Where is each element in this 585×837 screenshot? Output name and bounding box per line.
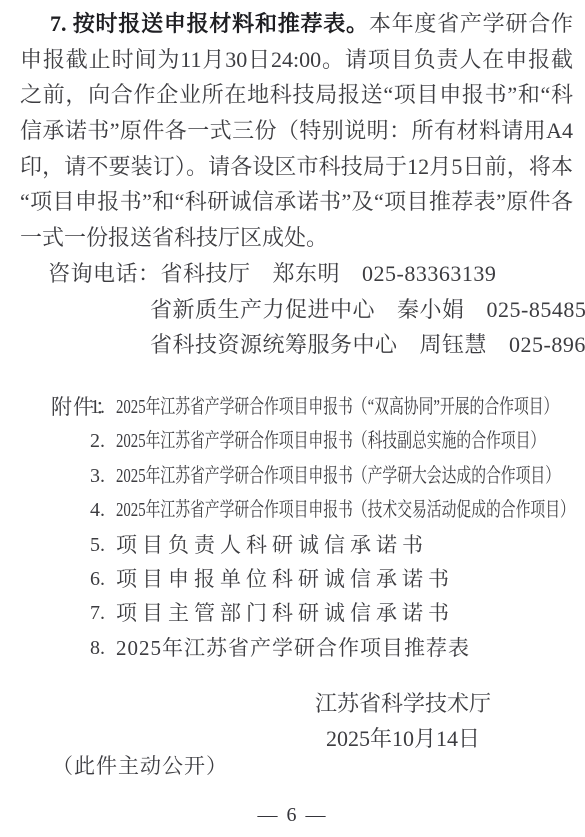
attachment-list: 附件： 1.2025年江苏省产学研合作项目申报书（“双高协同”开展的合作项目） … — [20, 390, 573, 665]
document-page: 7. 按时报送申报材料和推荐表。本年度省产学研合作项目 申报截止时间为11月30… — [0, 0, 585, 837]
attachment-number: 3. — [90, 459, 116, 493]
attachment-item: 5.项目负责人科研诚信承诺书 — [20, 528, 573, 562]
attachment-number: 7. — [90, 596, 116, 630]
attachment-item: 8.2025年江苏省产学研合作项目推荐表 — [20, 631, 573, 665]
attachment-label: 附件： — [51, 390, 117, 424]
contact-phone: 025-89665881 — [509, 332, 585, 357]
page-number: — 6 — — [0, 804, 585, 827]
paragraph-lead-bold: 7. 按时报送申报材料和推荐表。 — [50, 11, 369, 36]
contact-phone: 025-83363139 — [362, 261, 496, 286]
attachment-item: 7.项目主管部门科研诚信承诺书 — [20, 596, 573, 630]
attachment-number: 5. — [90, 528, 116, 562]
attachment-text: 项目负责人科研诚信承诺书 — [116, 528, 428, 562]
contact-name: 周钰慧 — [420, 332, 488, 357]
signature-block: 江苏省科学技术厅 2025年10月14日 — [293, 686, 513, 756]
paragraph-line: 一式一份报送省科技厅区成处。 — [20, 220, 573, 256]
contact-org: 省新质生产力促进中心 — [150, 297, 375, 322]
contact-phone: 025-85485906 — [487, 297, 585, 322]
contact-org: 省科技资源统筹服务中心 — [150, 332, 398, 357]
attachment-text: 2025年江苏省产学研合作项目申报书（产学研大会达成的合作项目） — [116, 459, 560, 493]
attachment-number: 2. — [90, 424, 116, 458]
attachment-item: 2.2025年江苏省产学研合作项目申报书（科技副总实施的合作项目） — [20, 424, 573, 458]
disclosure-note: （此件主动公开） — [52, 750, 228, 780]
body-paragraph: 7. 按时报送申报材料和推荐表。本年度省产学研合作项目 申报截止时间为11月30… — [20, 6, 573, 256]
paragraph-line: 信承诺书”原件各一式三份（特别说明：所有材料请用A4纸打 — [20, 113, 573, 149]
contact-name: 郑东明 — [273, 261, 341, 286]
contact-name: 秦小娟 — [397, 297, 465, 322]
attachment-text: 2025年江苏省产学研合作项目申报书（“双高协同”开展的合作项目） — [116, 390, 558, 424]
attachment-text: 2025年江苏省产学研合作项目推荐表 — [116, 631, 470, 665]
signature-date: 2025年10月14日 — [293, 721, 513, 756]
attachment-number: 4. — [90, 493, 116, 527]
contact-block: 咨询电话：省科技厅郑东明025-83363139 省新质生产力促进中心秦小娟02… — [20, 256, 573, 363]
attachment-text: 2025年江苏省产学研合作项目申报书（科技副总实施的合作项目） — [116, 424, 545, 458]
attachment-item: 4.2025年江苏省产学研合作项目申报书（技术交易活动促成的合作项目） — [20, 493, 573, 527]
contact-line: 省新质生产力促进中心秦小娟025-85485906 — [20, 292, 573, 328]
paragraph-line: “项目申报书”和“科研诚信承诺书”及“项目推荐表”原件各 — [20, 184, 573, 220]
signature-org: 江苏省科学技术厅 — [293, 686, 513, 721]
attachment-item: 3.2025年江苏省产学研合作项目申报书（产学研大会达成的合作项目） — [20, 459, 573, 493]
attachment-text: 项目主管部门科研诚信承诺书 — [116, 596, 454, 630]
attachment-text: 2025年江苏省产学研合作项目申报书（技术交易活动促成的合作项目） — [116, 493, 575, 527]
paragraph-line: 之前，向合作企业所在地科技局报送“项目申报书”和“科研诚 — [20, 77, 573, 113]
contact-label: 咨询电话： — [48, 261, 161, 286]
paragraph-line: 7. 按时报送申报材料和推荐表。本年度省产学研合作项目 — [20, 6, 573, 42]
attachment-item: 6.项目申报单位科研诚信承诺书 — [20, 562, 573, 596]
paragraph-line: 申报截止时间为11月30日24:00。请项目负责人在申报截止时间 — [20, 42, 573, 78]
paragraph-line: 印，请不要装订）。请各设区市科技局于12月5日前，将本地区 — [20, 149, 573, 185]
attachment-number: 8. — [90, 631, 116, 665]
attachment-text: 项目申报单位科研诚信承诺书 — [116, 562, 454, 596]
contact-line: 咨询电话：省科技厅郑东明025-83363139 — [20, 256, 573, 292]
attachment-number: 6. — [90, 562, 116, 596]
contact-line: 省科技资源统筹服务中心周钰慧025-89665881 — [20, 327, 573, 363]
contact-org: 省科技厅 — [161, 261, 251, 286]
